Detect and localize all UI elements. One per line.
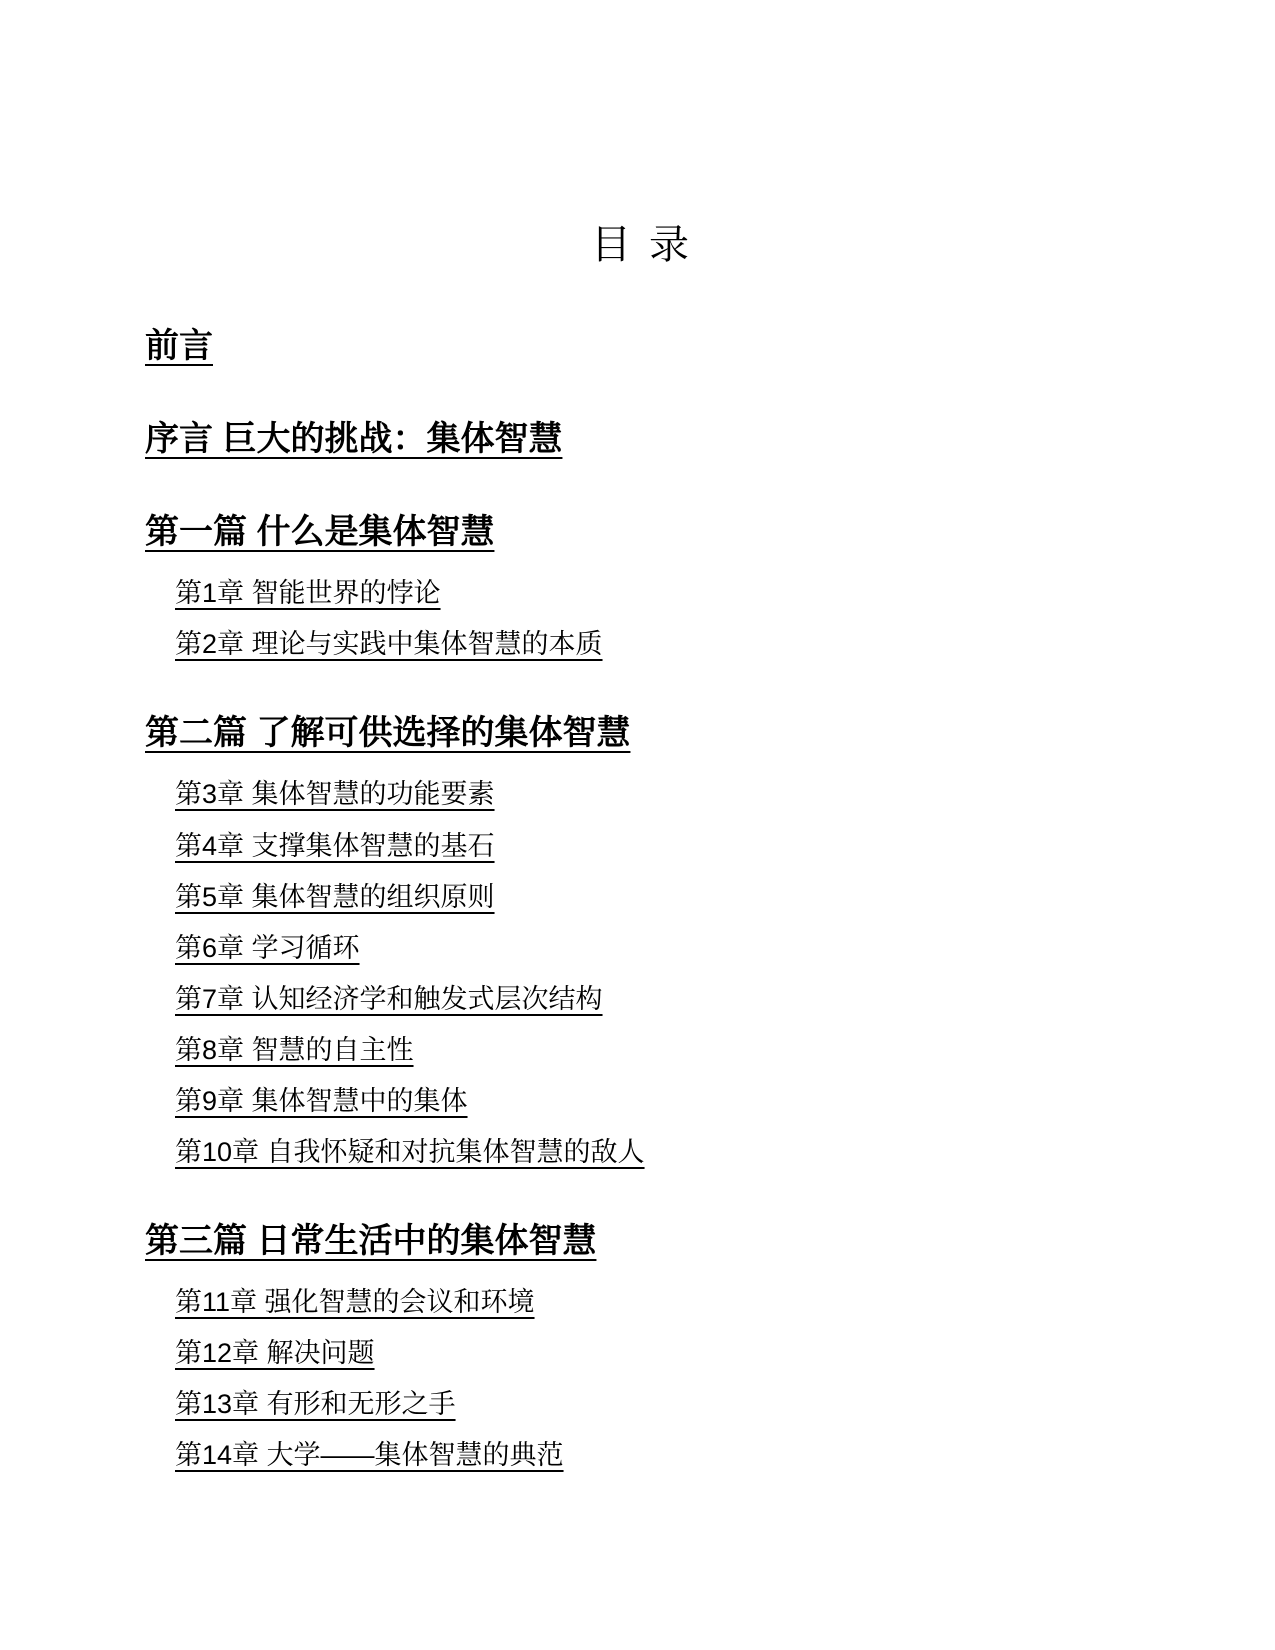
toc-link-chapter-13[interactable]: 第13章 有形和无形之手 — [175, 1389, 456, 1419]
toc-link-chapter-8[interactable]: 第8章 智慧的自主性 — [175, 1035, 414, 1065]
toc-entry-chapter-8: 第8章 智慧的自主性 — [175, 1035, 1135, 1066]
toc-entry-part-2: 第二篇 了解可供选择的集体智慧 — [145, 714, 1135, 753]
toc-link-part-1[interactable]: 第一篇 什么是集体智慧 — [145, 513, 494, 551]
toc-link-part-3[interactable]: 第三篇 日常生活中的集体智慧 — [145, 1222, 596, 1260]
toc-page: 目录 前言 序言 巨大的挑战：集体智慧 第一篇 什么是集体智慧 第1章 智能世界… — [0, 0, 1275, 1650]
toc-entry-chapter-3: 第3章 集体智慧的功能要素 — [175, 779, 1135, 810]
toc-link-chapter-7[interactable]: 第7章 认知经济学和触发式层次结构 — [175, 984, 603, 1014]
toc-link-chapter-3[interactable]: 第3章 集体智慧的功能要素 — [175, 779, 495, 809]
toc-link-part-2[interactable]: 第二篇 了解可供选择的集体智慧 — [145, 714, 630, 752]
toc-entry-chapter-1: 第1章 智能世界的悖论 — [175, 578, 1135, 609]
toc-entry-chapter-4: 第4章 支撑集体智慧的基石 — [175, 831, 1135, 862]
toc-entry-prologue: 序言 巨大的挑战：集体智慧 — [145, 420, 1135, 459]
toc-entry-chapter-14: 第14章 大学——集体智慧的典范 — [175, 1440, 1135, 1471]
toc-entry-chapter-2: 第2章 理论与实践中集体智慧的本质 — [175, 629, 1135, 660]
toc-entry-preface: 前言 — [145, 327, 1135, 366]
toc-entry-part-1: 第一篇 什么是集体智慧 — [145, 513, 1135, 552]
toc-link-chapter-4[interactable]: 第4章 支撑集体智慧的基石 — [175, 831, 495, 861]
toc-link-chapter-2[interactable]: 第2章 理论与实践中集体智慧的本质 — [175, 629, 603, 659]
toc-link-chapter-9[interactable]: 第9章 集体智慧中的集体 — [175, 1086, 468, 1116]
toc-entry-chapter-7: 第7章 认知经济学和触发式层次结构 — [175, 984, 1135, 1015]
toc-link-chapter-14[interactable]: 第14章 大学——集体智慧的典范 — [175, 1440, 564, 1470]
toc-link-preface[interactable]: 前言 — [145, 327, 213, 365]
toc-entry-chapter-13: 第13章 有形和无形之手 — [175, 1389, 1135, 1420]
toc-link-chapter-10[interactable]: 第10章 自我怀疑和对抗集体智慧的敌人 — [175, 1137, 645, 1167]
toc-entry-part-3: 第三篇 日常生活中的集体智慧 — [145, 1222, 1135, 1261]
toc-entry-chapter-11: 第11章 强化智慧的会议和环境 — [175, 1287, 1135, 1318]
page-title: 目录 — [145, 225, 1135, 265]
table-of-contents: 前言 序言 巨大的挑战：集体智慧 第一篇 什么是集体智慧 第1章 智能世界的悖论… — [145, 327, 1135, 1471]
toc-link-chapter-11[interactable]: 第11章 强化智慧的会议和环境 — [175, 1287, 535, 1317]
toc-entry-chapter-5: 第5章 集体智慧的组织原则 — [175, 882, 1135, 913]
toc-link-chapter-6[interactable]: 第6章 学习循环 — [175, 933, 360, 963]
toc-entry-chapter-12: 第12章 解决问题 — [175, 1338, 1135, 1369]
toc-entry-chapter-6: 第6章 学习循环 — [175, 933, 1135, 964]
toc-entry-chapter-10: 第10章 自我怀疑和对抗集体智慧的敌人 — [175, 1137, 1135, 1168]
toc-link-chapter-12[interactable]: 第12章 解决问题 — [175, 1338, 375, 1368]
toc-link-chapter-1[interactable]: 第1章 智能世界的悖论 — [175, 578, 441, 608]
toc-link-chapter-5[interactable]: 第5章 集体智慧的组织原则 — [175, 882, 495, 912]
toc-link-prologue[interactable]: 序言 巨大的挑战：集体智慧 — [145, 420, 562, 458]
toc-entry-chapter-9: 第9章 集体智慧中的集体 — [175, 1086, 1135, 1117]
